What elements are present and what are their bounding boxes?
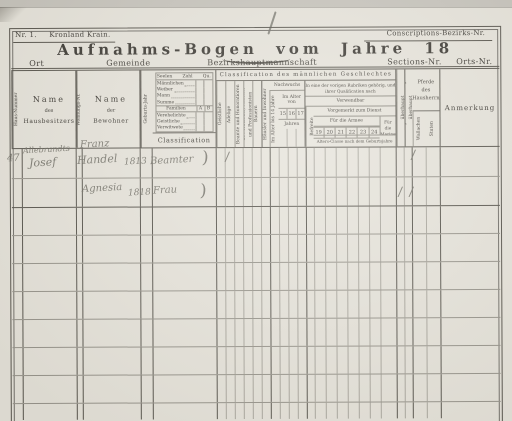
- grid-cell: [226, 207, 235, 234]
- grid-cell: [382, 374, 398, 401]
- grid-cell: [370, 290, 381, 317]
- grid-cell: [337, 291, 348, 318]
- age-16: 16: [288, 109, 297, 119]
- dot-leader: [175, 100, 194, 105]
- column-bis-14-jahre: Im Alter bis 14 Jahre: [270, 91, 279, 147]
- grid-cell: [326, 148, 337, 177]
- grid-cell: [307, 291, 315, 318]
- grid-cell: [244, 178, 253, 206]
- resident-header-line2: der: [107, 107, 116, 113]
- grid-cell: [348, 178, 359, 206]
- column-marine: Für die Marine: [379, 116, 395, 134]
- grid-cell: [290, 347, 299, 374]
- dot-leader: [181, 120, 194, 124]
- table-row: [12, 234, 500, 264]
- grid-cell: [413, 318, 427, 345]
- hw-flourish: ): [199, 181, 207, 201]
- column-stuten: Stuten: [426, 111, 439, 146]
- grid-cell: [397, 206, 405, 233]
- grid-cell: [397, 318, 405, 345]
- table-row: [12, 206, 500, 236]
- grid-cell: [299, 375, 308, 402]
- grid-cell: [414, 374, 428, 401]
- grid-cell: [406, 346, 414, 373]
- hw-flourish: ): [201, 148, 209, 168]
- grid-cell: [405, 290, 413, 317]
- grid-cell: [359, 319, 370, 346]
- column-adelige: Adelige: [225, 81, 234, 147]
- grid-cell: [271, 235, 280, 262]
- grid-cell: [280, 291, 289, 318]
- grid-cell: [406, 374, 414, 401]
- grid-cell: [289, 235, 298, 262]
- pferde-line1: Pferde: [417, 78, 434, 86]
- pferde-line2: des: [422, 86, 431, 94]
- grid-cell: [280, 207, 289, 234]
- families-row-label: Verehelichte: [157, 113, 186, 118]
- grid-cell: [360, 375, 371, 402]
- hw-resident2-birthyear: 1818: [128, 187, 151, 198]
- grid-cell: [141, 263, 153, 290]
- column-wallachen: Wallachen: [412, 111, 426, 146]
- hw-house-number: 47: [7, 153, 20, 165]
- grid-cell: [235, 291, 244, 318]
- column-continuation: [279, 129, 305, 147]
- field-orts: Orts-Nr.: [456, 57, 492, 66]
- nachwuchs-body: Im Alter bis 14 Jahre Im Alter von 15 16…: [270, 91, 305, 147]
- grid-cell: [244, 148, 253, 177]
- grid-cell: [271, 263, 280, 290]
- field-ort: Ort: [29, 59, 44, 68]
- crownland-label: Kronland Krain.: [49, 31, 110, 39]
- grid-cell: [307, 178, 315, 206]
- grid-cell: [337, 263, 348, 290]
- grid-cell: [338, 375, 349, 402]
- grid-cell: [337, 319, 348, 346]
- qualification-title: In eine der vorigen Rubriken gehörig, un…: [305, 80, 395, 96]
- pferde-line3: Hausherrn: [412, 94, 439, 102]
- anmerkung-label: Anmerkung: [445, 103, 495, 111]
- grid-cell: [381, 206, 397, 233]
- grid-cell: [23, 264, 77, 291]
- grid-cell: [370, 318, 381, 345]
- hw-resident1-first: Franz: [80, 138, 110, 151]
- grid-cell: [442, 402, 501, 418]
- grid-cell: [327, 347, 338, 374]
- grid-cell: [281, 347, 290, 374]
- grid-cell: [441, 318, 500, 345]
- grid-cell: [308, 403, 316, 419]
- grid-cell: [382, 402, 398, 418]
- grid-cell: [217, 235, 226, 262]
- families-col-a: A: [196, 106, 204, 111]
- grid-cell: [141, 207, 153, 234]
- grid-cell: [142, 403, 154, 419]
- grid-cell: [337, 178, 348, 206]
- column-bauern: Bauern: [252, 81, 261, 147]
- grid-cell: [141, 291, 153, 318]
- verwendbar-band: Verwendbar: [305, 96, 395, 106]
- grid-cell: [299, 347, 308, 374]
- grid-cell: [83, 264, 141, 291]
- grid-cell: [253, 148, 262, 177]
- armee-group: Für die Armee 19 20 21 22 23 24: [314, 116, 380, 134]
- grid-cell: [142, 375, 154, 402]
- age-15: 15: [279, 109, 288, 119]
- grid-cell: [281, 375, 290, 402]
- grid-cell: [413, 177, 427, 205]
- grid-cell: [307, 207, 315, 234]
- grid-cell: [262, 235, 271, 262]
- grid-cell: [226, 291, 235, 318]
- grid-cell: [413, 290, 427, 317]
- grid-cell: [24, 404, 78, 420]
- grid-cell: [253, 178, 262, 206]
- grid-cell: [370, 147, 381, 176]
- grid-cell: [338, 403, 349, 419]
- grid-cell: [397, 234, 405, 261]
- grid-cell: [84, 348, 142, 375]
- grid-cell: [371, 402, 382, 418]
- grid-cell: [235, 235, 244, 262]
- scan-edge: [0, 0, 512, 8]
- grid-cell: [406, 402, 414, 418]
- column-owner-name: Name des Hausbesitzers: [22, 71, 76, 148]
- grid-cell: [360, 347, 371, 374]
- owner-header-line3: Hausbesitzers: [24, 117, 75, 124]
- male-classification-group: Classification des männlichen Geschlecht…: [216, 69, 396, 147]
- summary-label: Summe: [157, 100, 174, 105]
- grid-cell: [217, 207, 226, 234]
- grid-cell: [263, 375, 272, 402]
- resident-header-line3: Bewohner: [93, 117, 129, 124]
- grid-cell: [348, 263, 359, 290]
- grid-cell: [290, 403, 299, 419]
- im-alter-von-label: Im Alter von: [279, 91, 305, 108]
- grid-cell: [272, 375, 281, 402]
- grid-cell: [83, 208, 141, 235]
- grid-cell: [153, 235, 217, 262]
- field-section: Sections-Nr.: [387, 57, 442, 66]
- grid-cell: [12, 208, 23, 235]
- grid-cell: [153, 291, 217, 318]
- grid-cell: [153, 319, 217, 346]
- scan-smudge: [0, 7, 30, 22]
- classification-label: Classification: [153, 132, 216, 147]
- grid-cell: [272, 403, 281, 419]
- grid-cell: [253, 319, 262, 346]
- summary-qu: Qu.: [203, 74, 211, 79]
- page-title: Aufnahms-Bogen vom Jahre 18: [9, 39, 501, 59]
- grid-cell: [370, 262, 381, 289]
- grid-cell: [327, 375, 338, 402]
- grid-cell: [316, 403, 327, 419]
- families-label: Familien: [156, 107, 196, 112]
- grid-cell: [141, 319, 153, 346]
- grid-cell: [338, 347, 349, 374]
- grid-cell: [371, 374, 382, 401]
- summary-label: Männlichen: [157, 81, 184, 86]
- grid-cell: [405, 234, 413, 261]
- table-row: [12, 290, 500, 320]
- grid-cell: [326, 178, 337, 206]
- grid-cell: [254, 347, 263, 374]
- jahren-label: Jahren: [279, 120, 305, 129]
- grid-cell: [154, 403, 218, 419]
- grid-cell: [289, 263, 298, 290]
- grid-cell: [359, 148, 370, 177]
- hw-resident1-last: Handel: [77, 152, 118, 167]
- grid-cell: [405, 262, 413, 289]
- grid-cell: [326, 319, 337, 346]
- summary-label: Mann: [157, 94, 170, 99]
- grid-cell: [84, 376, 142, 403]
- grid-cell: [226, 263, 235, 290]
- grid-cell: [13, 404, 24, 420]
- field-bezirk: Bezirkshauptmannschaft: [207, 58, 317, 67]
- families-cell: [203, 125, 211, 131]
- grid-cell: [315, 148, 326, 177]
- qualification-group: In eine der vorigen Rubriken gehörig, un…: [305, 80, 395, 146]
- population-summary-box: Seelen Zahl Qu. Männlichen Weiber Mann S…: [155, 72, 213, 132]
- grid-cell: [227, 347, 236, 374]
- dot-leader: [171, 94, 194, 99]
- grid-cell: [236, 375, 245, 402]
- grid-cell: [326, 235, 337, 262]
- grid-cell: [262, 207, 271, 234]
- grid-cell: [348, 207, 359, 234]
- grid-cell: [427, 262, 441, 289]
- vorgemerkt-band: Vorgemerkt zum Dienst: [313, 106, 395, 116]
- grid-cell: [397, 262, 405, 289]
- grid-cell: [262, 319, 271, 346]
- grid-cell: [23, 179, 77, 207]
- grid-cell: [413, 262, 427, 289]
- hw-resident1-classification: Beamter: [150, 154, 194, 167]
- nachwuchs-title: Nachwuchs: [270, 81, 305, 91]
- grid-cell: [398, 374, 406, 401]
- families-col-b: B: [204, 106, 212, 111]
- grid-cell: [227, 403, 236, 419]
- grid-cell: [13, 348, 24, 375]
- grid-cell: [370, 177, 381, 205]
- grid-cell: [263, 347, 272, 374]
- grid-cell: [290, 375, 299, 402]
- grid-cell: [235, 319, 244, 346]
- grid-cell: [263, 403, 272, 419]
- grid-cell: [24, 376, 78, 403]
- resident-header-line1: Name: [95, 94, 127, 103]
- census-table: Haus-Nummer Name des Hausbesitzers Wohnu…: [11, 66, 501, 421]
- grid-cell: [428, 346, 442, 373]
- conscription-district-label: Conscriptions-Bezirks-Nr.: [387, 29, 486, 37]
- grid-cell: [23, 208, 77, 235]
- grid-cell: [245, 403, 254, 419]
- grid-cell: [244, 263, 253, 290]
- grid-cell: [359, 263, 370, 290]
- grid-cell: [360, 403, 371, 419]
- summary-seelen: Seelen: [157, 74, 172, 79]
- column-classification: Seelen Zahl Qu. Männlichen Weiber Mann S…: [152, 70, 216, 147]
- field-gemeinde: Gemeinde: [106, 58, 150, 67]
- grid-cell: [348, 291, 359, 318]
- vorgemerkt-section: Vorgemerkt zum Dienst Für die Armee 19 2…: [313, 106, 395, 146]
- column-pferde: Pferde des Hausherrn Wallachen Stuten: [412, 69, 440, 146]
- grid-cell: [337, 235, 348, 262]
- column-anmerkung: Anmerkung: [440, 69, 499, 146]
- dot-leader: [184, 126, 194, 130]
- grid-cell: [298, 263, 307, 290]
- grid-cell: [427, 234, 441, 261]
- grid-cell: [12, 292, 23, 319]
- grid-cell: [12, 236, 23, 263]
- grid-cell: [244, 291, 253, 318]
- qualification-title-line2: ihrer Qualification nach: [325, 88, 376, 94]
- grid-cell: [226, 319, 235, 346]
- grid-cell: [315, 235, 326, 262]
- grid-cell: [370, 206, 381, 233]
- grid-cell: [381, 318, 397, 345]
- grid-cell: [427, 206, 441, 233]
- grid-cell: [298, 207, 307, 234]
- table-header: Haus-Nummer Name des Hausbesitzers Wohnu…: [11, 69, 499, 149]
- table-row: [13, 346, 501, 376]
- grid-cell: [405, 206, 413, 233]
- grid-cell: [245, 375, 254, 402]
- grid-cell: [253, 207, 262, 234]
- altersclasse-band: Alters-Classe nach dem Geburtsjahre: [314, 134, 396, 146]
- grid-cell: [428, 402, 442, 418]
- table-row: [12, 262, 500, 292]
- grid-cell: [272, 347, 281, 374]
- column-gewerbsleute: Gewerbsleute, Künstler und Professionist…: [243, 81, 252, 147]
- grid-cell: [308, 375, 316, 402]
- vorgemerkt-columns: Für die Armee 19 20 21 22 23 24: [314, 116, 396, 134]
- grid-cell: [348, 235, 359, 262]
- grid-cell: [253, 235, 262, 262]
- grid-cell: [381, 290, 397, 317]
- grid-cell: [315, 207, 326, 234]
- grid-cell: [217, 263, 226, 290]
- grid-cell: [217, 319, 226, 346]
- dot-leader: [187, 113, 194, 117]
- column-haus-nummer: Haus-Nummer: [11, 71, 22, 148]
- grid-cell: [235, 148, 244, 177]
- grid-cell: [253, 263, 262, 290]
- grid-cell: [24, 348, 78, 375]
- grid-cell: [307, 263, 315, 290]
- qualification-body: Zeitlich Befreite Vorgemerkt zum Dienst …: [305, 106, 395, 146]
- grid-cell: [271, 291, 280, 318]
- grid-cell: [280, 263, 289, 290]
- grid-cell: [371, 346, 382, 373]
- table-row: [12, 318, 500, 348]
- grid-cell: [298, 178, 307, 206]
- doc-number-line: Nr. 1. Kronland Krain.: [15, 31, 110, 39]
- grid-cell: [83, 236, 141, 263]
- grid-cell: [316, 347, 327, 374]
- grid-cell: [348, 148, 359, 177]
- grid-cell: [441, 234, 500, 261]
- grid-cell: [326, 291, 337, 318]
- grid-cell: [153, 207, 217, 234]
- hw-resident1-birthyear: 1813: [124, 156, 147, 167]
- grid-cell: [262, 148, 271, 177]
- grid-cell: [326, 263, 337, 290]
- column-geistliche: Geistliche: [216, 81, 225, 147]
- grid-cell: [236, 403, 245, 419]
- grid-cell: [349, 403, 360, 419]
- grid-cell: [271, 178, 280, 206]
- grid-cell: [262, 291, 271, 318]
- grid-cell: [427, 147, 441, 176]
- grid-cell: [307, 319, 315, 346]
- grid-cell: [298, 235, 307, 262]
- grid-cell: [289, 207, 298, 234]
- grid-cell: [84, 404, 142, 420]
- grid-cell: [83, 292, 141, 319]
- grid-cell: [307, 235, 315, 262]
- armee-band: Für die Armee: [314, 116, 380, 126]
- grid-cell: [23, 236, 77, 263]
- grid-cell: [218, 375, 227, 402]
- grid-cell: [405, 318, 413, 345]
- grid-cell: [315, 263, 326, 290]
- grid-cell: [298, 319, 307, 346]
- grid-cell: [441, 147, 500, 176]
- grid-cell: [235, 178, 244, 206]
- grid-cell: [414, 346, 428, 373]
- grid-cell: [397, 290, 405, 317]
- grid-cell: [262, 263, 271, 290]
- grid-cell: [307, 148, 315, 177]
- grid-cell: [244, 207, 253, 234]
- grid-cell: [315, 319, 326, 346]
- grid-cell: [414, 402, 428, 418]
- families-row-label: Verwitwete: [157, 126, 183, 131]
- hw-resident2-classification: Frau: [153, 184, 178, 196]
- grid-cell: [271, 148, 280, 177]
- grid-cell: [280, 148, 289, 177]
- owner-header-line2: des: [45, 107, 54, 113]
- grid-cell: [154, 375, 218, 402]
- marine-line1: Für die: [380, 119, 395, 131]
- grid-cell: [23, 320, 77, 347]
- grid-cell: [12, 179, 23, 207]
- grid-cell: [289, 148, 298, 177]
- grid-cell: [359, 178, 370, 206]
- grid-cell: [315, 291, 326, 318]
- grid-cell: [382, 346, 398, 373]
- grid-cell: [326, 207, 337, 234]
- grid-cell: [142, 347, 154, 374]
- grid-cell: [413, 234, 427, 261]
- age-17: 17: [297, 109, 305, 119]
- column-beamte: Beamte und Honoratioren: [234, 81, 243, 147]
- grid-cell: [441, 262, 500, 289]
- grid-cell: [359, 207, 370, 234]
- grid-cell: [381, 234, 397, 261]
- grid-cell: [381, 147, 397, 176]
- dot-leader: [174, 88, 194, 93]
- grid-cell: [442, 374, 501, 401]
- hw-resident2-name: Agnesia: [82, 182, 123, 195]
- grid-cell: [359, 291, 370, 318]
- grid-cell: [12, 320, 23, 347]
- grid-cell: [337, 207, 348, 234]
- grid-cell: [289, 291, 298, 318]
- nachwuchs-group: Nachwuchs Im Alter bis 14 Jahre Im Alter…: [270, 81, 306, 147]
